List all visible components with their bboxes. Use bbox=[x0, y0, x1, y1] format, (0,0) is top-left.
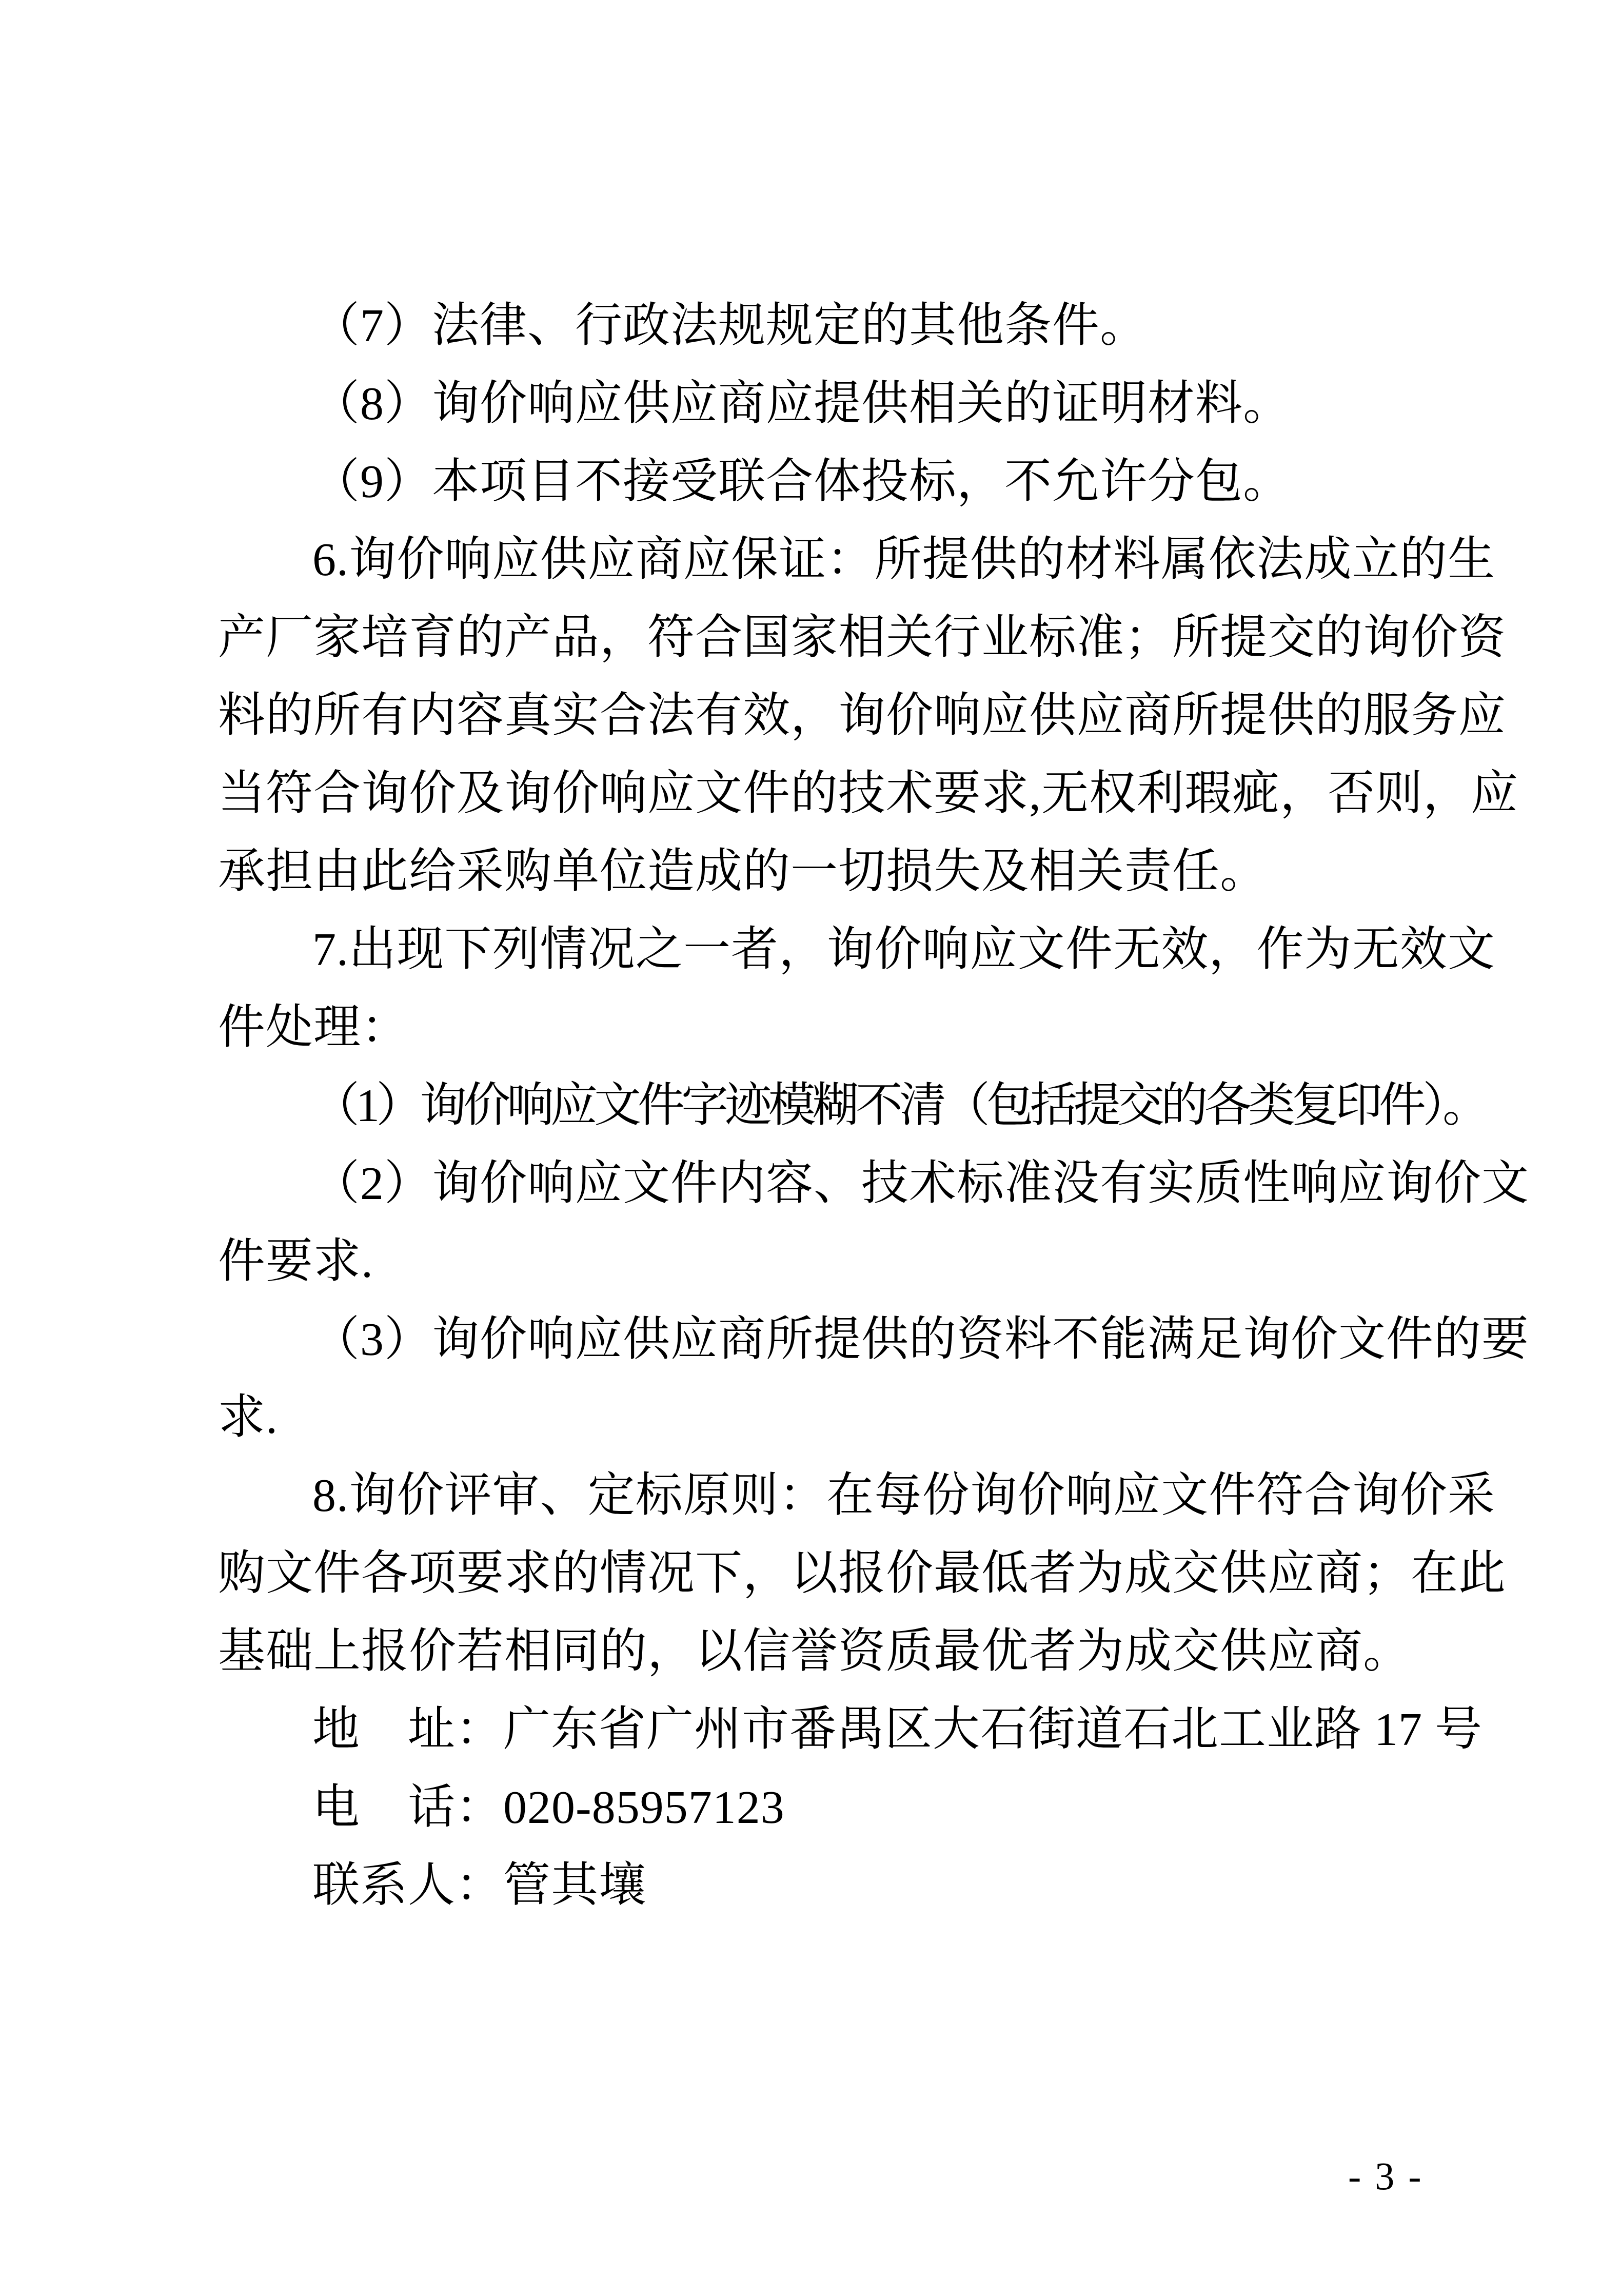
document-page: （7）法律、行政法规规定的其他条件。 （8）询价响应供应商应提供相关的证明材料。… bbox=[0, 0, 1621, 2296]
text-line: 基础上报价若相同的，以信誉资质最优者为成交供应商。 bbox=[218, 1612, 1495, 1690]
text-line: 6.询价响应供应商应保证：所提供的材料属依法成立的生 bbox=[218, 520, 1495, 598]
text-line: 承担由此给采购单位造成的一切损失及相关责任。 bbox=[218, 832, 1495, 910]
text-line: 求. bbox=[218, 1378, 1495, 1456]
text-line: （1）询价响应文件字迹模糊不清（包括提交的各类复印件）。 bbox=[218, 1066, 1495, 1144]
text-line: 8.询价评审、定标原则：在每份询价响应文件符合询价采 bbox=[218, 1456, 1495, 1534]
text-line: 联系人：管其壤 bbox=[218, 1846, 1495, 1924]
text-line: （8）询价响应供应商应提供相关的证明材料。 bbox=[218, 364, 1495, 442]
text-line: 当符合询价及询价响应文件的技术要求,无权利瑕疵，否则，应 bbox=[218, 754, 1495, 832]
text-line: 购文件各项要求的情况下，以报价最低者为成交供应商；在此 bbox=[218, 1534, 1495, 1612]
page-number: - 3 - bbox=[1348, 2151, 1424, 2202]
text-line: 7.出现下列情况之一者，询价响应文件无效，作为无效文 bbox=[218, 910, 1495, 988]
text-line: 件处理： bbox=[218, 988, 1495, 1066]
text-line: 产厂家培育的产品，符合国家相关行业标准；所提交的询价资 bbox=[218, 598, 1495, 676]
document-body: （7）法律、行政法规规定的其他条件。 （8）询价响应供应商应提供相关的证明材料。… bbox=[218, 286, 1495, 1924]
text-line: （7）法律、行政法规规定的其他条件。 bbox=[218, 286, 1495, 364]
text-line: （9）本项目不接受联合体投标，不允许分包。 bbox=[218, 442, 1495, 520]
text-line: 地 址：广东省广州市番禺区大石街道石北工业路 17 号 bbox=[218, 1690, 1495, 1768]
text-line: 件要求. bbox=[218, 1222, 1495, 1300]
text-line: （3）询价响应供应商所提供的资料不能满足询价文件的要 bbox=[218, 1300, 1495, 1378]
text-line: 料的所有内容真实合法有效，询价响应供应商所提供的服务应 bbox=[218, 676, 1495, 754]
text-line: 电 话：020-85957123 bbox=[218, 1768, 1495, 1846]
text-line: （2）询价响应文件内容、技术标准没有实质性响应询价文 bbox=[218, 1144, 1495, 1222]
